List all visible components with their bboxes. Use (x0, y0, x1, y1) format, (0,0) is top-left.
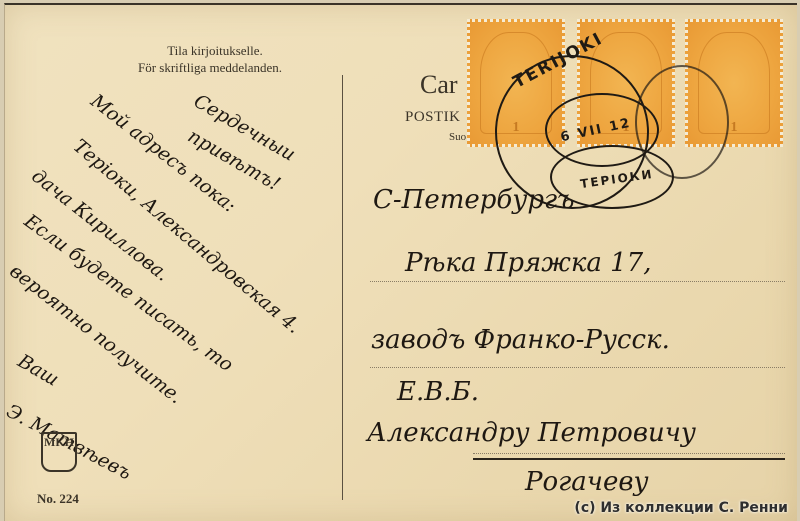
address-street: Рѣка Пряжка 17, (405, 248, 651, 278)
card-title: Car (420, 70, 458, 100)
address-underline (473, 458, 785, 460)
card-number: No. 224 (37, 491, 79, 507)
recipient-name: Александру Петровичу (367, 418, 696, 448)
postik-label: POSTIK (405, 109, 461, 126)
address-line-3 (473, 453, 785, 454)
center-divider (342, 75, 343, 500)
address-city: С-Петербургъ (373, 185, 575, 215)
postcard: Tila kirjoitukselle. För skriftliga medd… (4, 3, 797, 521)
message-caption-finnish: Tila kirjoitukselle. (115, 43, 315, 59)
message-line-8: Ваш (14, 350, 62, 391)
address-factory: заводъ Франко-Русск. (371, 325, 670, 355)
message-caption-swedish: För skriftliga meddelanden. (75, 60, 345, 76)
collection-watermark: (c) Из коллекции С. Ренни (574, 500, 788, 516)
address-line-1 (370, 281, 785, 282)
address-line-2 (370, 367, 785, 368)
publisher-logo-icon: MKH (41, 432, 77, 472)
postmark-second-ring (635, 65, 729, 179)
suo-label: Suo (449, 131, 466, 143)
address-initials: Е.В.Б. (397, 377, 479, 407)
recipient-surname: Рогачеву (525, 467, 649, 497)
